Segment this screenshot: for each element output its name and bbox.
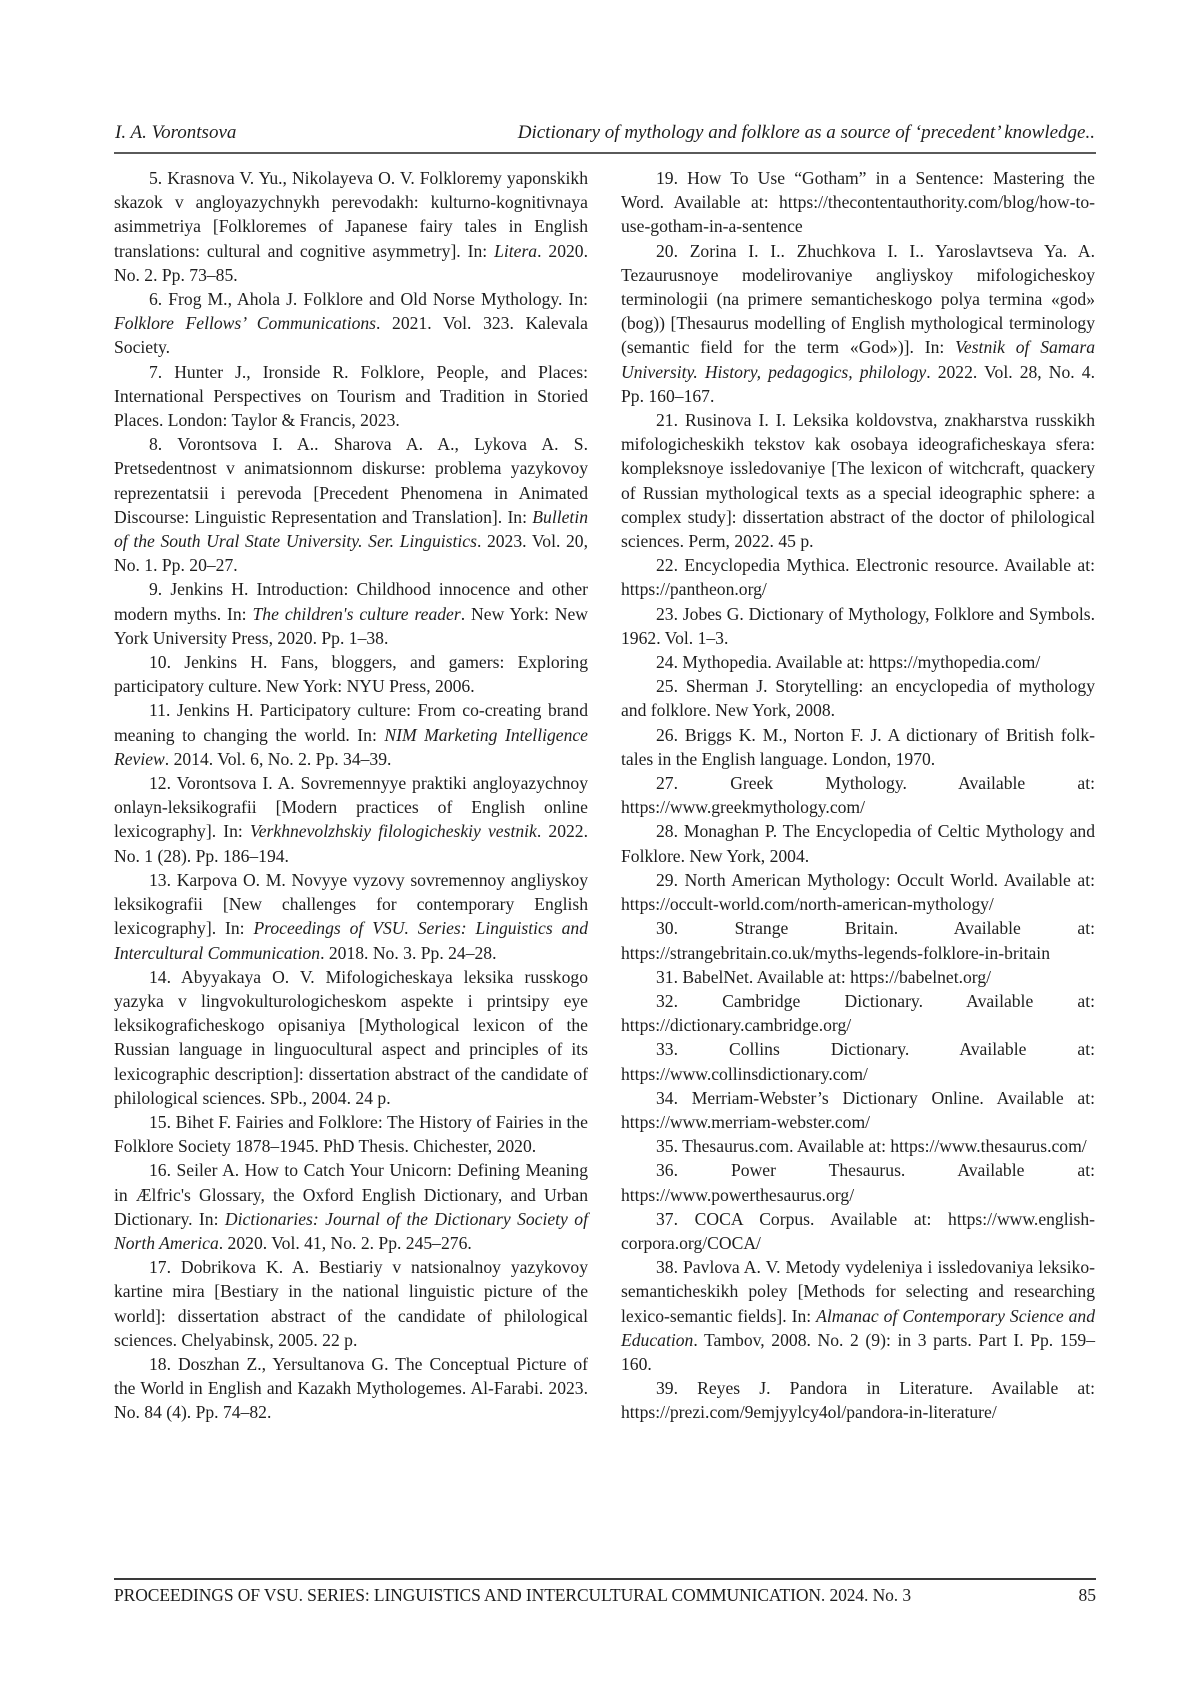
reference-text: Jobes G. Dictionary of Mythology, Folklo…	[621, 604, 1095, 648]
reference-number: 39	[656, 1378, 674, 1398]
page-number: 85	[1079, 1585, 1097, 1606]
reference-number: 29	[656, 870, 674, 890]
reference-item: 7. Hunter J., Ironside R. Folklore, Peop…	[114, 360, 588, 433]
reference-text: Sherman J. Storytelling: an encyclopedia…	[621, 676, 1095, 720]
reference-number: 37	[656, 1209, 674, 1229]
reference-source-title: The children's culture reader	[253, 604, 461, 624]
reference-text: Collins Dictionary. Available at: https:…	[621, 1039, 1095, 1083]
reference-text: Doszhan Z., Yersultanova G. The Conceptu…	[114, 1354, 588, 1422]
reference-item: 18. Doszhan Z., Yersultanova G. The Conc…	[114, 1352, 588, 1425]
reference-number: 20	[656, 241, 674, 261]
reference-item: 19. How To Use “Gotham” in a Sentence: M…	[621, 166, 1095, 239]
reference-item: 35. Thesaurus.com. Available at: https:/…	[621, 1134, 1095, 1158]
reference-item: 33. Collins Dictionary. Available at: ht…	[621, 1037, 1095, 1085]
reference-number: 7	[149, 362, 158, 382]
reference-text: Briggs K. M., Norton F. J. A dictionary …	[621, 725, 1095, 769]
reference-number: 33	[656, 1039, 674, 1059]
reference-text: Monaghan P. The Encyclopedia of Celtic M…	[621, 821, 1095, 865]
reference-item: 23. Jobes G. Dictionary of Mythology, Fo…	[621, 602, 1095, 650]
reference-text: Vorontsova I. A.. Sharova A. A., Lykova …	[114, 434, 588, 527]
reference-item: 22. Encyclopedia Mythica. Electronic res…	[621, 553, 1095, 601]
reference-text: Mythopedia. Available at: https://mythop…	[682, 652, 1040, 672]
reference-text: Hunter J., Ironside R. Folklore, People,…	[114, 362, 588, 430]
reference-item: 34. Merriam-Webster’s Dictionary Online.…	[621, 1086, 1095, 1134]
reference-number: 8	[149, 434, 158, 454]
reference-number: 17	[149, 1257, 167, 1277]
reference-number: 27	[656, 773, 674, 793]
reference-number: 16	[149, 1160, 167, 1180]
running-head-author: I. A. Vorontsova	[115, 122, 236, 144]
reference-number: 19	[656, 168, 674, 188]
reference-item: 12. Vorontsova I. A. Sovremennyye prakti…	[114, 771, 588, 868]
reference-item: 28. Monaghan P. The Encyclopedia of Celt…	[621, 819, 1095, 867]
reference-details: . 2014. Vol. 6, No. 2. Pp. 34–39.	[165, 749, 392, 769]
references-right-column: 19. How To Use “Gotham” in a Sentence: M…	[621, 166, 1095, 1425]
running-head-title: Dictionary of mythology and folklore as …	[518, 122, 1095, 144]
reference-text: BabelNet. Available at: https://babelnet…	[682, 967, 991, 987]
reference-item: 14. Abyyakaya O. V. Mifologicheskaya lek…	[114, 965, 588, 1110]
reference-number: 34	[656, 1088, 674, 1108]
reference-item: 39. Reyes J. Pandora in Literature. Avai…	[621, 1376, 1095, 1424]
reference-text: Strange Britain. Available at: https://s…	[621, 918, 1095, 962]
reference-text: Frog M., Ahola J. Folklore and Old Norse…	[168, 289, 588, 309]
references-left-column: 5. Krasnova V. Yu., Nikolayeva O. V. Fol…	[114, 166, 588, 1425]
reference-item: 32. Cambridge Dictionary. Available at: …	[621, 989, 1095, 1037]
reference-item: 13. Karpova O. M. Novyye vyzovy sovremen…	[114, 868, 588, 965]
reference-source-title: Verkhnevolzhskiy filologicheskiy vestnik	[250, 821, 537, 841]
reference-text: North American Mythology: Occult World. …	[621, 870, 1095, 914]
reference-item: 37. COCA Corpus. Available at: https://w…	[621, 1207, 1095, 1255]
reference-number: 24	[656, 652, 674, 672]
reference-text: Reyes J. Pandora in Literature. Availabl…	[621, 1378, 1095, 1422]
reference-item: 17. Dobrikova K. A. Bestiariy v natsiona…	[114, 1255, 588, 1352]
reference-item: 26. Briggs K. M., Norton F. J. A diction…	[621, 723, 1095, 771]
reference-number: 32	[656, 991, 674, 1011]
reference-item: 30. Strange Britain. Available at: https…	[621, 916, 1095, 964]
reference-number: 5	[149, 168, 158, 188]
reference-item: 38. Pavlova A. V. Metody vydeleniya i is…	[621, 1255, 1095, 1376]
reference-item: 24. Mythopedia. Available at: https://my…	[621, 650, 1095, 674]
reference-number: 23	[656, 604, 674, 624]
reference-text: Encyclopedia Mythica. Electronic resourc…	[621, 555, 1095, 599]
reference-number: 21	[656, 410, 674, 430]
running-head: I. A. Vorontsova Dictionary of mythology…	[115, 122, 1095, 150]
reference-number: 11	[149, 700, 166, 720]
reference-item: 11. Jenkins H. Participatory culture: Fr…	[114, 698, 588, 771]
reference-number: 30	[656, 918, 674, 938]
reference-item: 9. Jenkins H. Introduction: Childhood in…	[114, 577, 588, 650]
reference-item: 8. Vorontsova I. A.. Sharova A. A., Lyko…	[114, 432, 588, 577]
reference-item: 10. Jenkins H. Fans, bloggers, and gamer…	[114, 650, 588, 698]
reference-text: Thesaurus.com. Available at: https://www…	[682, 1136, 1087, 1156]
header-rule	[114, 152, 1096, 154]
reference-number: 38	[656, 1257, 674, 1277]
reference-text: Cambridge Dictionary. Available at: http…	[621, 991, 1095, 1035]
reference-number: 35	[656, 1136, 674, 1156]
reference-source-title: Folklore Fellows’ Communications	[114, 313, 376, 333]
reference-text: Merriam-Webster’s Dictionary Online. Ava…	[621, 1088, 1095, 1132]
reference-text: How To Use “Gotham” in a Sentence: Maste…	[621, 168, 1095, 236]
reference-number: 25	[656, 676, 674, 696]
reference-number: 6	[149, 289, 158, 309]
reference-number: 9	[149, 579, 158, 599]
reference-number: 10	[149, 652, 167, 672]
reference-text: Power Thesaurus. Available at: https://w…	[621, 1160, 1095, 1204]
reference-item: 25. Sherman J. Storytelling: an encyclop…	[621, 674, 1095, 722]
reference-details: . 2018. No. 3. Pp. 24–28.	[320, 943, 496, 963]
reference-details: . Tambov, 2008. No. 2 (9): in 3 parts. P…	[621, 1330, 1095, 1374]
reference-item: 16. Seiler A. How to Catch Your Unicorn:…	[114, 1158, 588, 1255]
reference-text: Abyyakaya O. V. Mifologicheskaya leksika…	[114, 967, 588, 1108]
reference-number: 36	[656, 1160, 674, 1180]
reference-item: 27. Greek Mythology. Available at: https…	[621, 771, 1095, 819]
reference-details: . 2020. Vol. 41, No. 2. Pp. 245–276.	[219, 1233, 472, 1253]
reference-item: 36. Power Thesaurus. Available at: https…	[621, 1158, 1095, 1206]
reference-item: 29. North American Mythology: Occult Wor…	[621, 868, 1095, 916]
reference-number: 18	[149, 1354, 167, 1374]
reference-text: Rusinova I. I. Leksika koldovstva, znakh…	[621, 410, 1095, 551]
reference-item: 21. Rusinova I. I. Leksika koldovstva, z…	[621, 408, 1095, 553]
reference-text: Bihet F. Fairies and Folklore: The Histo…	[114, 1112, 588, 1156]
journal-title: PROCEEDINGS OF VSU. SERIES: LINGUISTICS …	[114, 1585, 911, 1606]
reference-number: 13	[149, 870, 167, 890]
reference-item: 6. Frog M., Ahola J. Folklore and Old No…	[114, 287, 588, 360]
reference-number: 12	[149, 773, 167, 793]
reference-source-title: Litera	[494, 241, 537, 261]
reference-item: 20. Zorina I. I.. Zhuchkova I. I.. Yaros…	[621, 239, 1095, 408]
reference-item: 5. Krasnova V. Yu., Nikolayeva O. V. Fol…	[114, 166, 588, 287]
reference-number: 28	[656, 821, 674, 841]
reference-number: 14	[149, 967, 167, 987]
reference-text: Dobrikova K. A. Bestiariy v natsionalnoy…	[114, 1257, 588, 1350]
reference-number: 31	[656, 967, 674, 987]
reference-text: Jenkins H. Fans, bloggers, and gamers: E…	[114, 652, 588, 696]
reference-item: 15. Bihet F. Fairies and Folklore: The H…	[114, 1110, 588, 1158]
reference-text: Greek Mythology. Available at: https://w…	[621, 773, 1095, 817]
footer-rule	[114, 1578, 1096, 1580]
reference-number: 26	[656, 725, 674, 745]
reference-item: 31. BabelNet. Available at: https://babe…	[621, 965, 1095, 989]
reference-text: COCA Corpus. Available at: https://www.e…	[621, 1209, 1095, 1253]
reference-number: 15	[149, 1112, 167, 1132]
reference-number: 22	[656, 555, 674, 575]
